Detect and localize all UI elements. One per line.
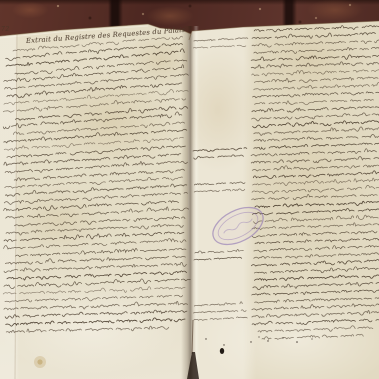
ink-blot <box>220 344 225 354</box>
left-page-handwriting <box>3 36 190 332</box>
handwriting-layer <box>0 0 379 379</box>
manuscript-photo: 72 Extrait du Registre des Requestes du … <box>0 0 379 379</box>
archive-stamp <box>207 200 269 252</box>
paper-stain-center <box>37 359 42 364</box>
left-page-crease <box>15 33 17 379</box>
fold-bottom-stain <box>187 320 199 379</box>
right-page-handwriting <box>251 26 379 340</box>
folio-number: 72 <box>1 26 10 33</box>
margin-notes <box>193 38 248 320</box>
ink-speckles <box>205 336 312 342</box>
right-page-top-edge <box>189 21 379 40</box>
